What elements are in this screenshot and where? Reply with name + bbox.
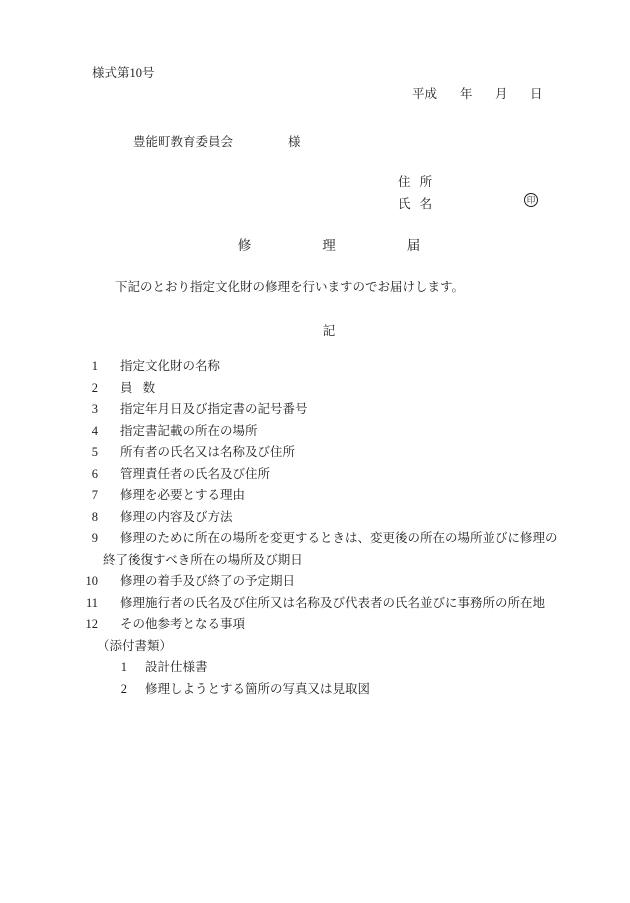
item-number: 12 — [83, 614, 98, 636]
title-char: 届 — [407, 234, 421, 254]
item-number: 1 — [83, 356, 98, 378]
list-item: 4 指定書記載の所在の場所 — [83, 421, 569, 443]
list-item: 1 指定文化財の名称 — [83, 356, 569, 378]
items-list: 1 指定文化財の名称 2 員 数 3 指定年月日及び指定書の記号番号 4 指定書… — [83, 356, 569, 700]
attachment-item: 2 修理しようとする箇所の写真又は見取図 — [83, 679, 569, 701]
body-text: 下記のとおり指定文化財の修理を行いますのでお届けします。 — [115, 277, 464, 295]
item-number: 10 — [83, 571, 98, 593]
item-number: 5 — [83, 442, 98, 464]
item-number: 3 — [83, 399, 98, 421]
section-marker: 記 — [29, 321, 629, 339]
list-item: 2 員 数 — [83, 378, 569, 400]
date-day-label: 日 — [530, 84, 543, 102]
list-item: 5 所有者の氏名又は名称及び住所 — [83, 442, 569, 464]
form-number: 様式第10号 — [92, 63, 155, 81]
attachment-number: 1 — [112, 657, 127, 679]
attachment-item: 1 設計仕様書 — [83, 657, 569, 679]
item-text: 修理の着手及び終了の予定期日 — [120, 574, 295, 588]
item-number: 11 — [83, 593, 98, 615]
list-item: 11 修理施行者の氏名及び住所又は名称及び代表者の氏名並びに事務所の所在地 — [83, 593, 569, 615]
seal-text: 印 — [527, 196, 536, 205]
attachment-text: 設計仕様書 — [145, 660, 208, 674]
date-era-label: 平成 — [412, 84, 437, 102]
list-item: 3 指定年月日及び指定書の記号番号 — [83, 399, 569, 421]
item-number: 8 — [83, 507, 98, 529]
item-text: 員 数 — [120, 381, 155, 395]
recipient-line: 豊能町教育委員会 様 — [0, 132, 630, 150]
item-text: 修理の内容及び方法 — [120, 510, 233, 524]
item-number: 7 — [83, 485, 98, 507]
attachments-heading: （添付書類） — [83, 636, 569, 658]
item-text: 所有者の氏名又は名称及び住所 — [120, 445, 295, 459]
item-text: 修理施行者の氏名及び住所又は名称及び代表者の氏名並びに事務所の所在地 — [120, 596, 545, 610]
item-number: 2 — [83, 378, 98, 400]
item-text: 指定年月日及び指定書の記号番号 — [120, 402, 308, 416]
seal-icon: 印 — [524, 193, 538, 207]
list-item: 9 修理のために所在の場所を変更するときは、変更後の所在の場所並びに修理の終了後… — [83, 528, 569, 571]
date-month-label: 月 — [495, 84, 508, 102]
list-item: 12 その他参考となる事項 — [83, 614, 569, 636]
item-text: 管理責任者の氏名及び住所 — [120, 467, 270, 481]
document-title: 修 理 届 — [29, 234, 629, 254]
sender-address-label: 住 所 — [398, 172, 432, 190]
item-number: 6 — [83, 464, 98, 486]
attachment-number: 2 — [112, 679, 127, 701]
sender-name-label: 氏 名 — [398, 194, 432, 212]
list-item: 6 管理責任者の氏名及び住所 — [83, 464, 569, 486]
date-line: 平成 年 月 日 — [412, 84, 557, 102]
item-text: 指定文化財の名称 — [120, 359, 220, 373]
date-year-label: 年 — [460, 84, 473, 102]
attachment-text: 修理しようとする箇所の写真又は見取図 — [145, 682, 370, 696]
list-item: 7 修理を必要とする理由 — [83, 485, 569, 507]
item-number: 9 — [83, 528, 98, 550]
item-text: 修理のために所在の場所を変更するときは、変更後の所在の場所並びに修理の終了後復す… — [103, 528, 569, 571]
recipient-honorific: 様 — [288, 132, 301, 150]
item-text: 修理を必要とする理由 — [120, 488, 245, 502]
item-text: その他参考となる事項 — [120, 617, 245, 631]
recipient-name: 豊能町教育委員会 — [133, 132, 233, 150]
item-number: 4 — [83, 421, 98, 443]
list-item: 8 修理の内容及び方法 — [83, 507, 569, 529]
list-item: 10 修理の着手及び終了の予定期日 — [83, 571, 569, 593]
title-char: 修 — [238, 234, 252, 254]
title-char: 理 — [322, 234, 336, 254]
document-page: 様式第10号 平成 年 月 日 豊能町教育委員会 様 住 所 氏 名 印 修 理… — [0, 0, 630, 903]
item-text: 指定書記載の所在の場所 — [120, 424, 258, 438]
